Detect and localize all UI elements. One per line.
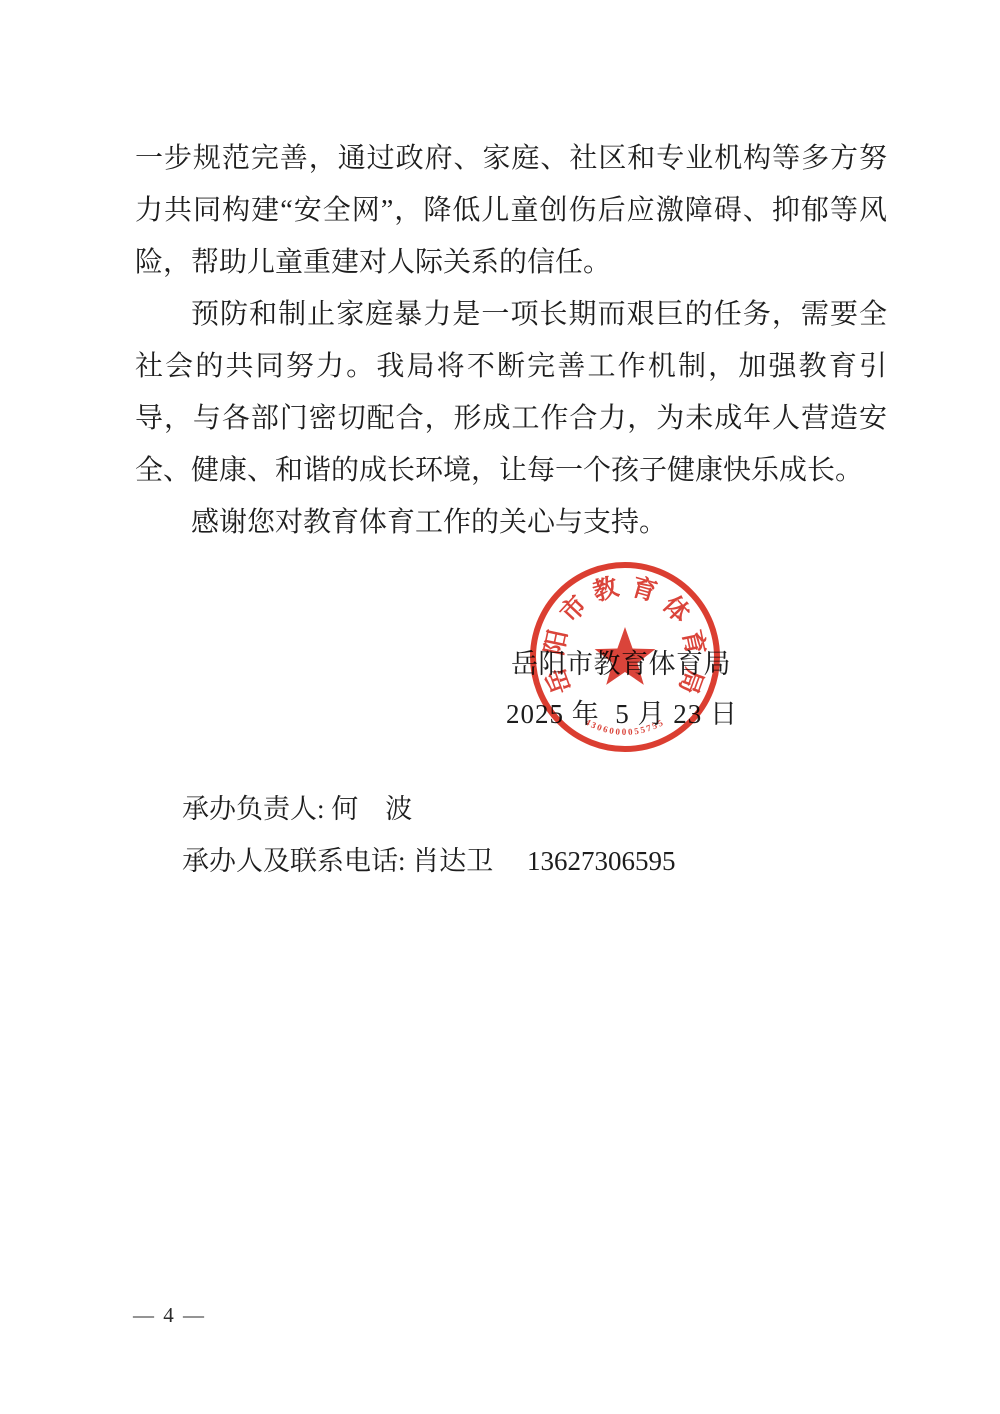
seal-arc-char: 阳 [540,627,573,657]
page-number: — 4 — [133,1303,206,1328]
official-seal-icon: 岳 阳 市 教 育 体 育 局 4306000055755 [527,559,723,755]
contact-block: 承办负责人: 何 波 承办人及联系电话: 肖达卫 13627306595 [182,783,676,887]
contact-phone-line: 承办人及联系电话: 肖达卫 13627306595 [182,835,676,887]
body-paragraph: 一步规范完善，通过政府、家庭、社区和专业机构等多方努力共同构建“安全网”，降低儿… [135,133,887,289]
seal-code: 4306000055755 [584,717,667,737]
seal-arc-char: 市 [555,591,593,628]
body-text: 一步规范完善，通过政府、家庭、社区和专业机构等多方努力共同构建“安全网”，降低儿… [135,133,887,549]
body-paragraph: 感谢您对教育体育工作的关心与支持。 [135,497,887,549]
seal-arc-char: 育 [628,572,660,607]
seal-arc-char: 体 [657,591,695,628]
seal-arc-char: 岳 [542,664,577,697]
document-page: { "document": { "paragraphs": [ "一步规范完善，… [0,0,1000,1414]
seal-arc-char: 育 [677,627,711,657]
seal-arc-char: 教 [590,573,623,607]
seal-star-icon [595,627,656,685]
seal-arc-char: 局 [673,664,708,697]
contact-manager-line: 承办负责人: 何 波 [182,783,676,835]
body-paragraph: 预防和制止家庭暴力是一项长期而艰巨的任务，需要全社会的共同努力。我局将不断完善工… [135,289,887,497]
